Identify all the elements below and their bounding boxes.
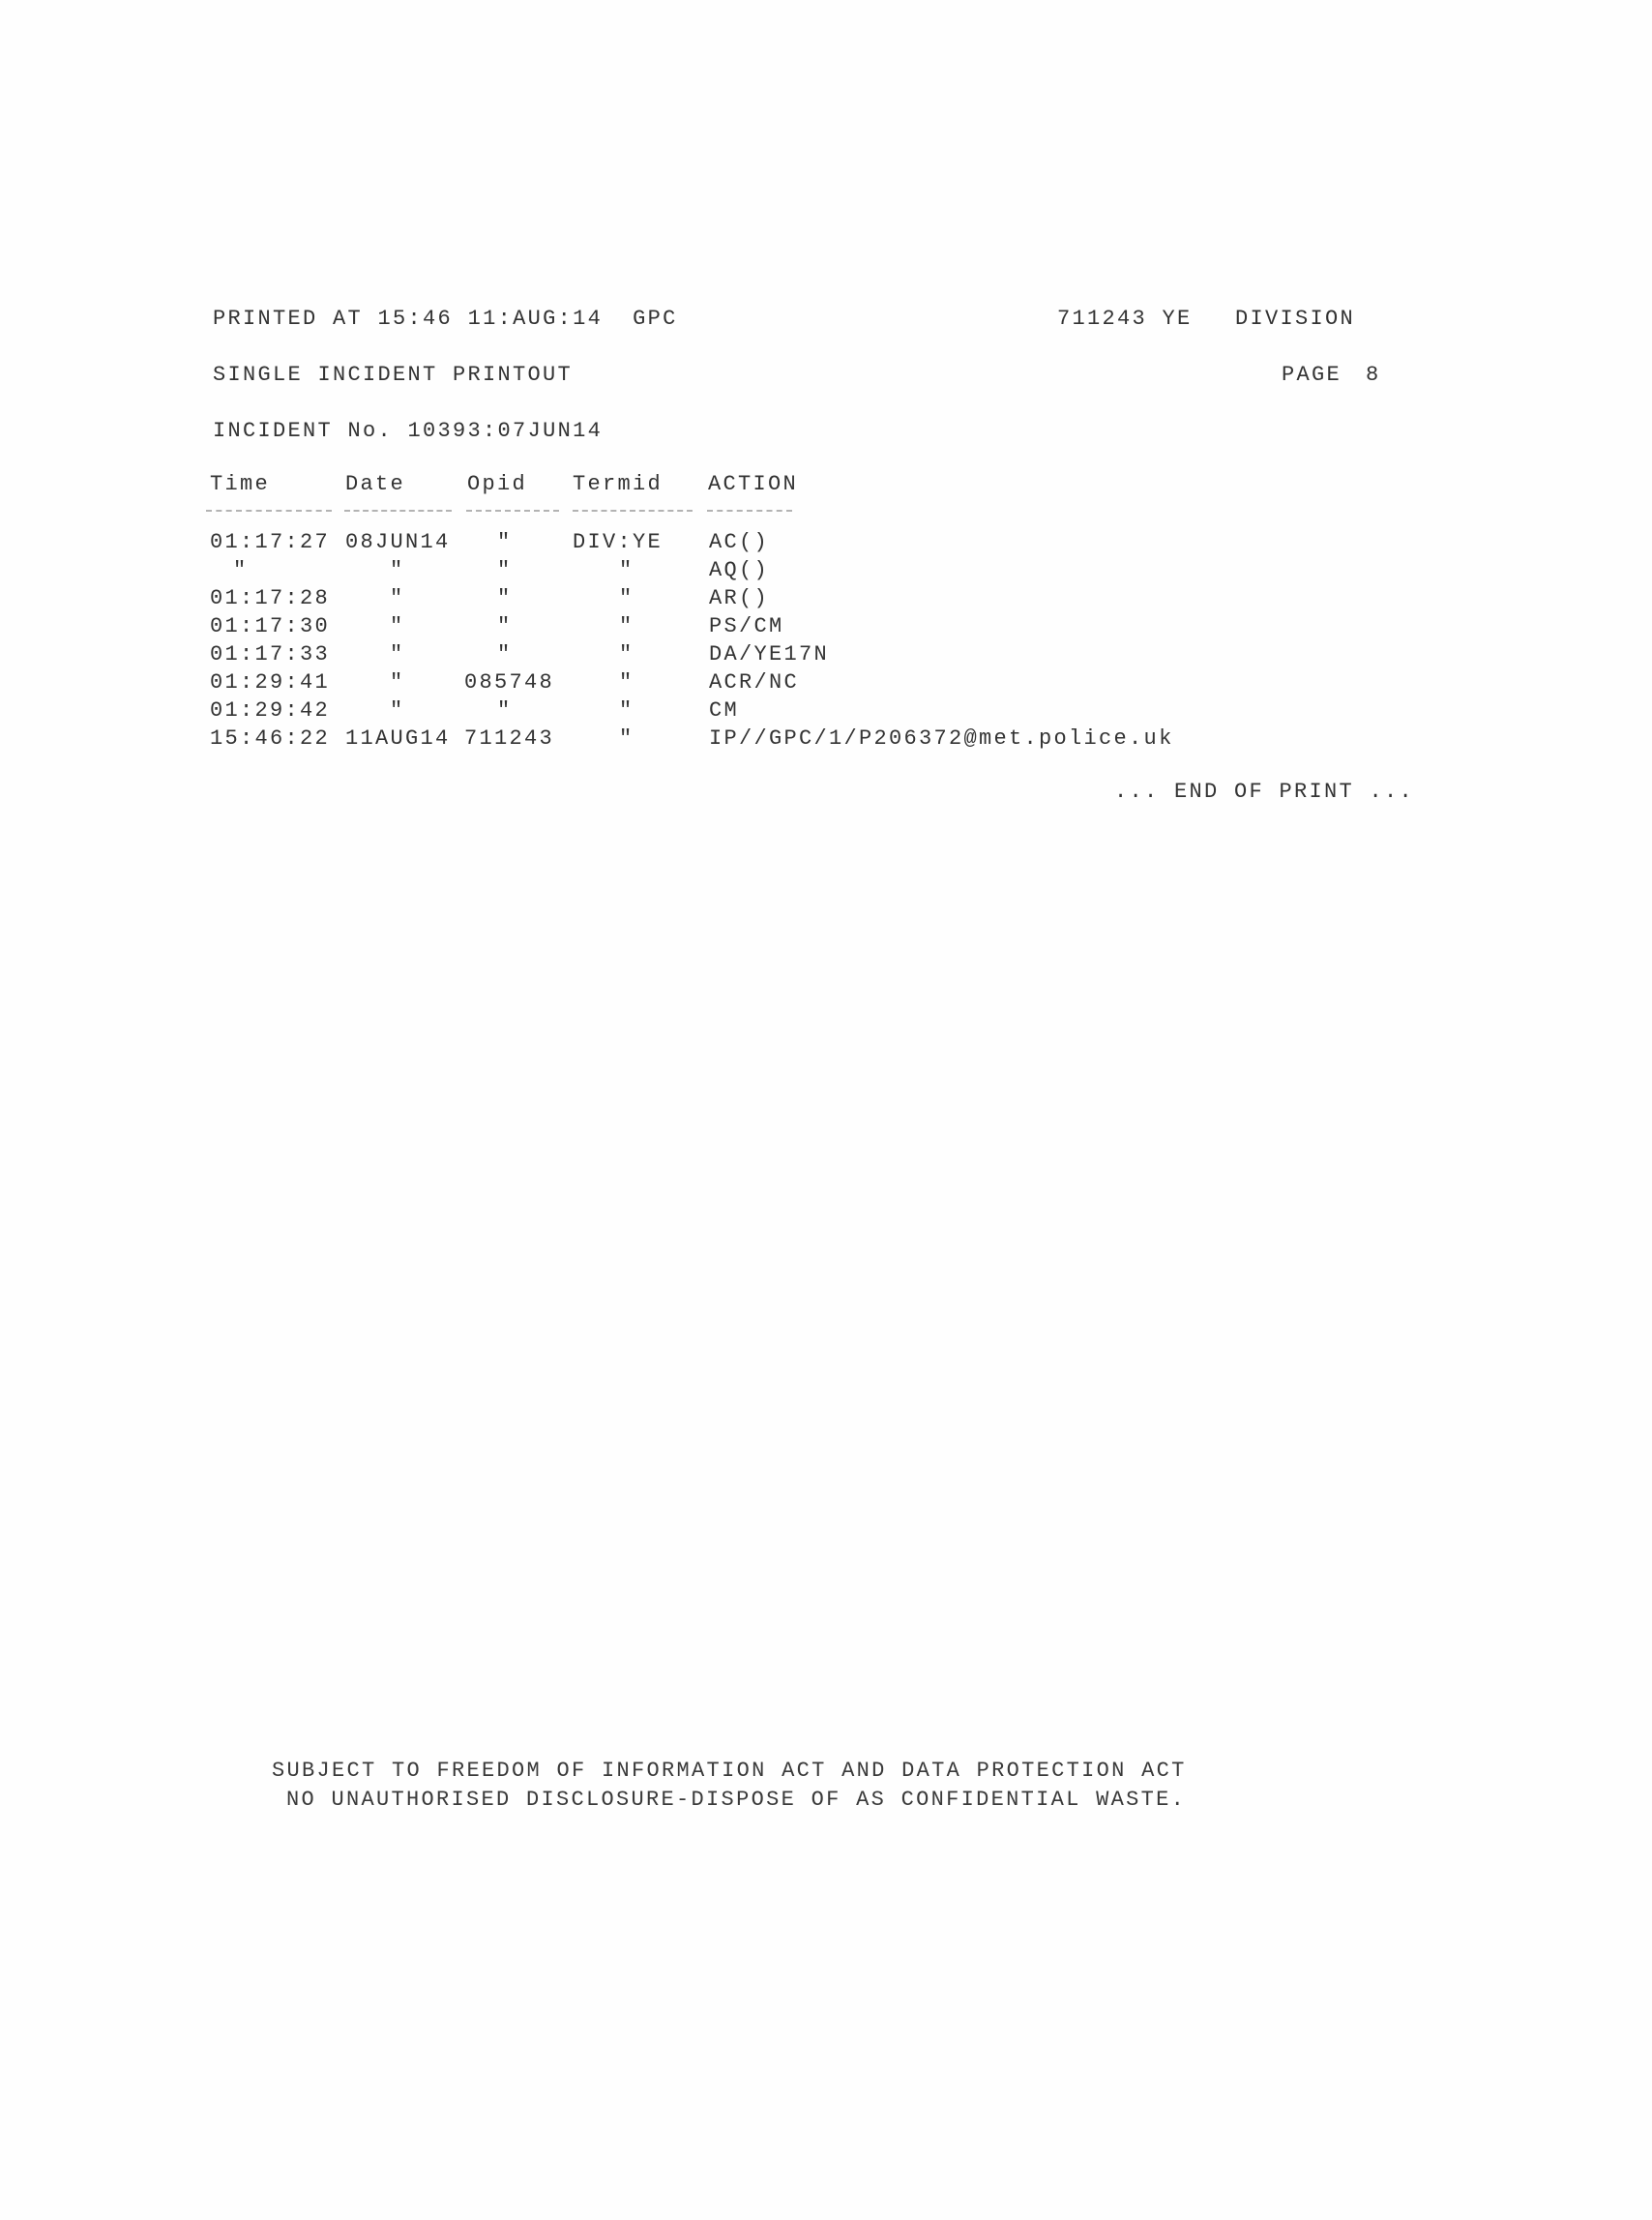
table-row: 01:29:42"""CM <box>0 700 1652 728</box>
cell-opid: 711243 <box>464 728 554 750</box>
cell-action: PS/CM <box>709 616 784 637</box>
column-header-date: Date <box>345 474 405 495</box>
cell-time: 01:17:30 <box>210 616 330 637</box>
cell-opid: 085748 <box>464 672 554 694</box>
cell-date: 11AUG14 <box>345 728 451 750</box>
column-header-opid: Opid <box>467 474 527 495</box>
cell-action: IP//GPC/1/P206372@met.police.uk <box>709 728 1174 750</box>
cell-date: " <box>390 560 405 581</box>
cell-termid: " <box>619 672 634 694</box>
cell-opid: " <box>497 532 513 553</box>
page-label: PAGE <box>1282 365 1342 386</box>
cell-time: 01:29:41 <box>210 672 330 694</box>
header-underline <box>206 510 332 512</box>
system-code: GPC <box>633 307 678 331</box>
cell-opid: " <box>497 560 513 581</box>
table-row: 01:29:41"085748"ACR/NC <box>0 672 1652 700</box>
cell-termid: " <box>619 616 634 637</box>
cell-opid: " <box>497 700 513 722</box>
cell-time: 01:17:33 <box>210 644 330 666</box>
header-underline <box>573 510 693 512</box>
header-underline <box>344 510 452 512</box>
column-header-termid: Termid <box>573 474 663 495</box>
printed-date: 11:AUG:14 <box>468 307 604 331</box>
column-header-action: ACTION <box>708 474 798 495</box>
header-underline <box>707 510 792 512</box>
division-label: DIVISION <box>1235 309 1355 330</box>
cell-date: 08JUN14 <box>345 532 451 553</box>
cell-termid: " <box>619 560 634 581</box>
cell-termid: DIV:YE <box>573 532 663 553</box>
cell-action: AC() <box>709 532 769 553</box>
table-row: 15:46:2211AUG14711243"IP//GPC/1/P206372@… <box>0 728 1652 756</box>
cell-date: " <box>390 644 405 666</box>
cell-date: " <box>390 700 405 722</box>
cell-action: CM <box>709 700 739 722</box>
cell-time: " <box>233 560 249 581</box>
incident-label: INCIDENT No. <box>213 419 393 443</box>
table-row: 01:17:33"""DA/YE17N <box>0 644 1652 672</box>
cell-date: " <box>390 672 405 694</box>
cell-action: ACR/NC <box>709 672 799 694</box>
cell-termid: " <box>619 728 634 750</box>
cell-termid: " <box>619 700 634 722</box>
terminal-id: 711243 YE <box>1057 309 1193 330</box>
cell-time: 01:17:27 <box>210 532 330 553</box>
column-header-time: Time <box>210 474 270 495</box>
table-row: 01:17:2708JUN14"DIV:YEAC() <box>0 532 1652 560</box>
printout-page: PRINTED AT 15:46 11:AUG:14 GPC 711243 YE… <box>0 0 1652 2220</box>
cell-opid: " <box>497 588 513 609</box>
cell-date: " <box>390 616 405 637</box>
cell-opid: " <box>497 616 513 637</box>
cell-date: " <box>390 588 405 609</box>
cell-action: AR() <box>709 588 769 609</box>
table-row: 01:17:30"""PS/CM <box>0 616 1652 644</box>
table-row: 01:17:28"""AR() <box>0 588 1652 616</box>
end-of-print-marker: ... END OF PRINT ... <box>1114 782 1414 803</box>
cell-termid: " <box>619 644 634 666</box>
table-row: """"AQ() <box>0 560 1652 588</box>
footer-notice-line-1: SUBJECT TO FREEDOM OF INFORMATION ACT AN… <box>272 1761 1187 1782</box>
cell-time: 15:46:22 <box>210 728 330 750</box>
incident-line: INCIDENT No. 10393:07JUN14 <box>213 421 603 442</box>
document-title: SINGLE INCIDENT PRINTOUT <box>213 365 573 386</box>
cell-action: AQ() <box>709 560 769 581</box>
printed-time: 15:46 <box>378 307 454 331</box>
cell-time: 01:29:42 <box>210 700 330 722</box>
cell-action: DA/YE17N <box>709 644 829 666</box>
cell-opid: " <box>497 644 513 666</box>
header-underline <box>466 510 559 512</box>
footer-notice-line-2: NO UNAUTHORISED DISCLOSURE-DISPOSE OF AS… <box>286 1790 1186 1811</box>
cell-termid: " <box>619 588 634 609</box>
page-number: 8 <box>1366 365 1381 386</box>
incident-number: 10393:07JUN14 <box>408 419 604 443</box>
printed-at-line: PRINTED AT 15:46 11:AUG:14 GPC <box>213 309 678 330</box>
printed-at-label: PRINTED AT <box>213 307 363 331</box>
cell-time: 01:17:28 <box>210 588 330 609</box>
